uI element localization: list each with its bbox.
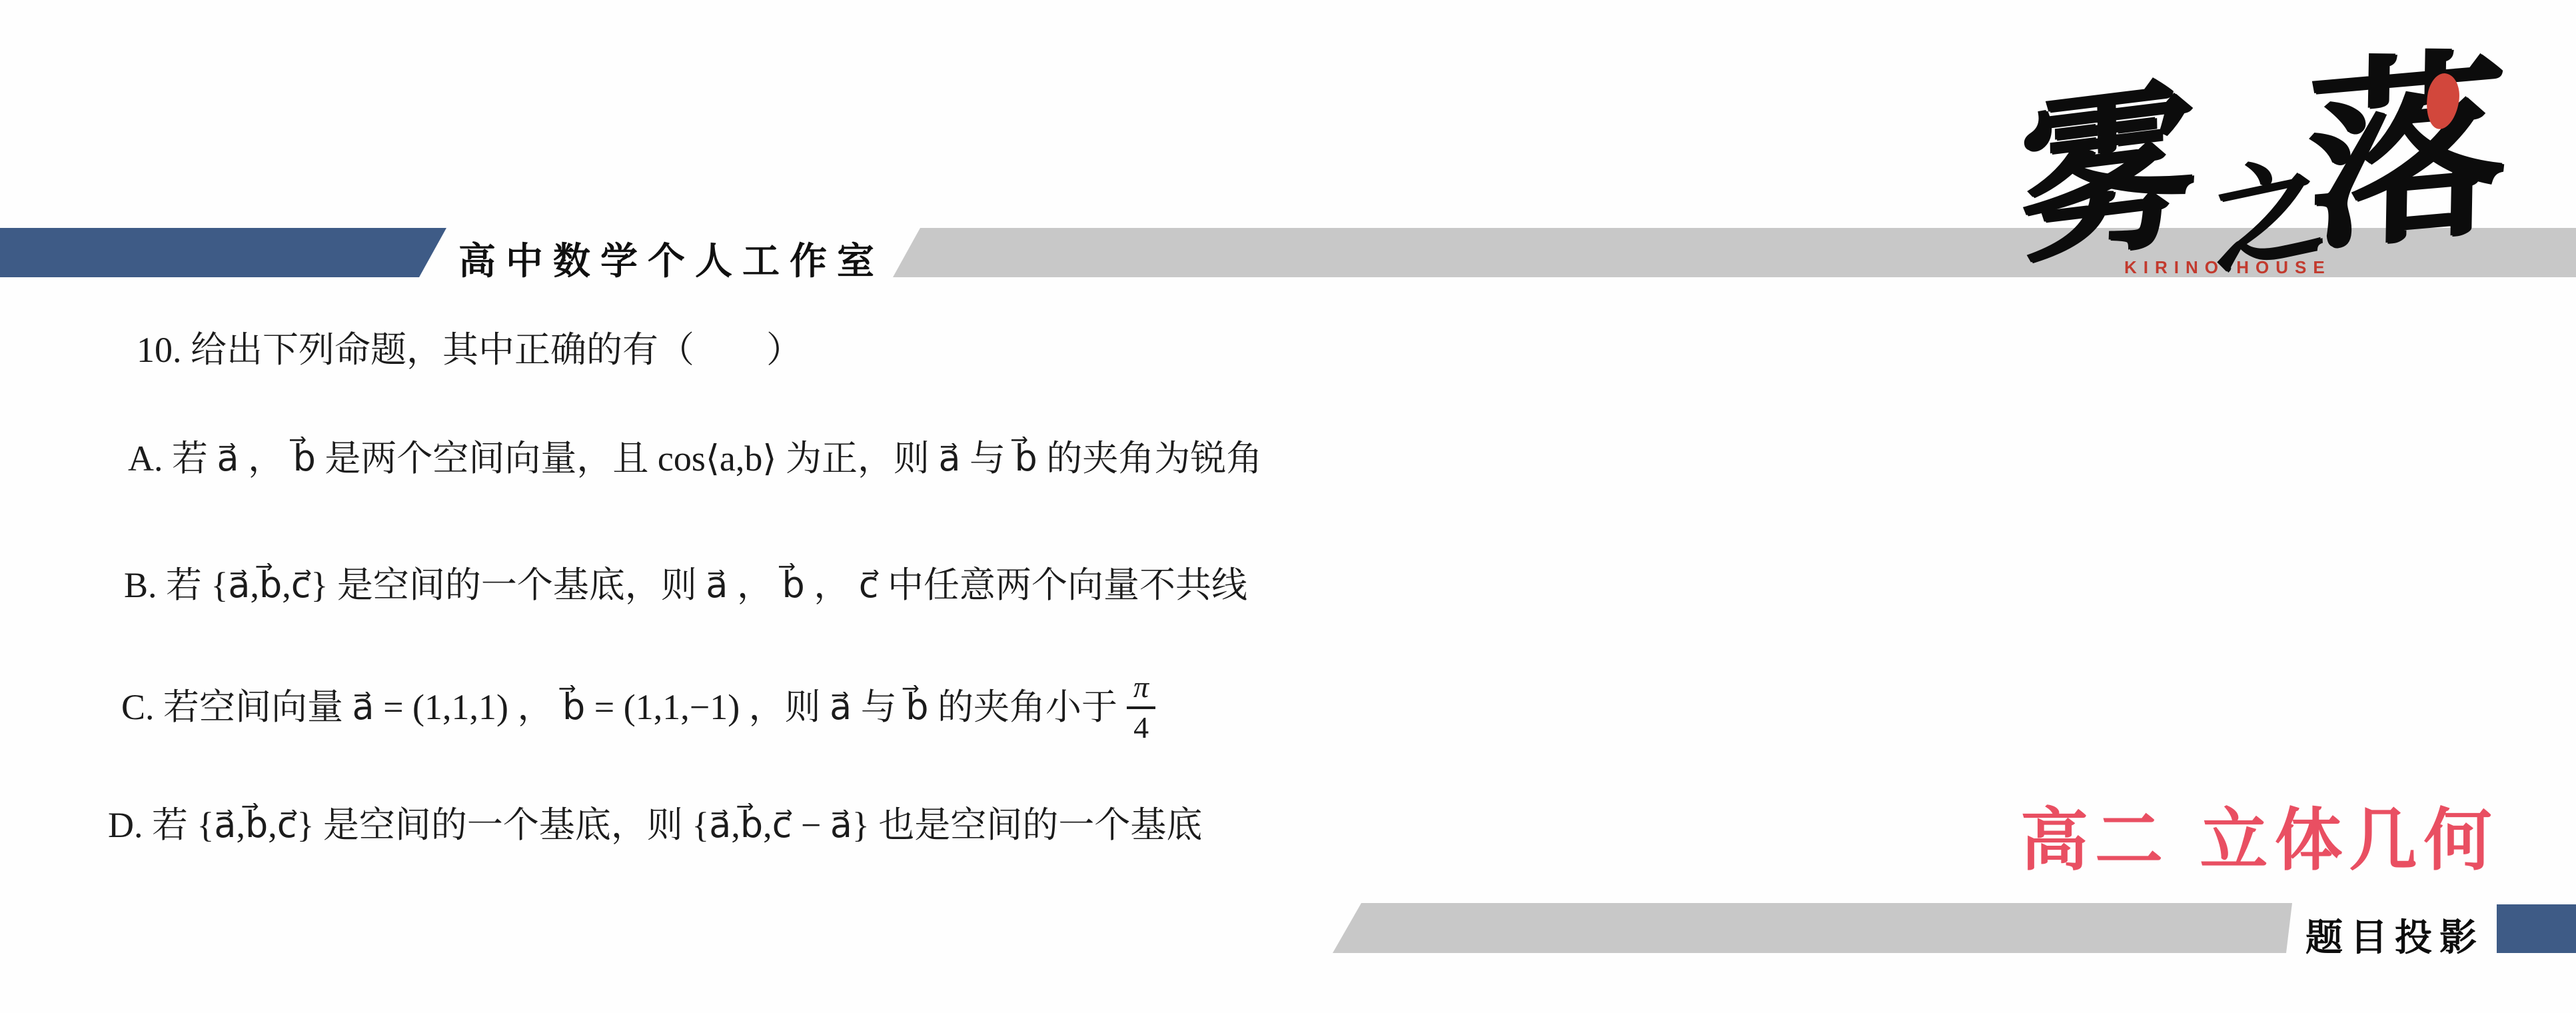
footer-blue-block	[2497, 904, 2576, 953]
header-blue-bar	[0, 228, 446, 277]
question-stem: 10. 给出下列命题，其中正确的有（ ）	[137, 328, 802, 373]
calligraphy-char-wu: 雾	[2018, 75, 2197, 275]
option-d: D. 若 {a⃗,b⃗,c⃗} 是空间的一个基底，则 {a⃗,b⃗,c⃗ − a…	[108, 803, 1202, 848]
pi-over-4-fraction: π 4	[1127, 670, 1155, 746]
studio-title: 高中数学个人工作室	[458, 232, 884, 285]
fraction-numerator: π	[1127, 670, 1155, 709]
fraction-denominator: 4	[1133, 709, 1149, 746]
option-c-text: C. 若空间向量 a⃗ = (1,1,1) ， b⃗ = (1,1,−1) ，则…	[121, 685, 1117, 730]
slide-page: 高中数学个人工作室 雾 之 落 KIRINO HOUSE 10. 给出下列命题，…	[0, 0, 2576, 1013]
option-b: B. 若 {a⃗,b⃗,c⃗} 是空间的一个基底，则 a⃗ ， b⃗ ， c⃗ …	[124, 563, 1247, 608]
projection-label: 题目投影	[2305, 908, 2484, 962]
course-label: 高二 立体几何	[2020, 786, 2499, 884]
calligraphy-char-luo: 落	[2304, 44, 2507, 263]
logo-subtitle: KIRINO HOUSE	[2124, 257, 2331, 278]
footer-gray-bar	[1333, 903, 2292, 953]
kirino-house-logo: 雾 之 落 KIRINO HOUSE	[2012, 27, 2559, 313]
option-c: C. 若空间向量 a⃗ = (1,1,1) ， b⃗ = (1,1,−1) ，则…	[121, 670, 1155, 746]
option-a: A. 若 a⃗ ， b⃗ 是两个空间向量，且 cos⟨a,b⟩ 为正，则 a⃗ …	[128, 437, 1262, 482]
